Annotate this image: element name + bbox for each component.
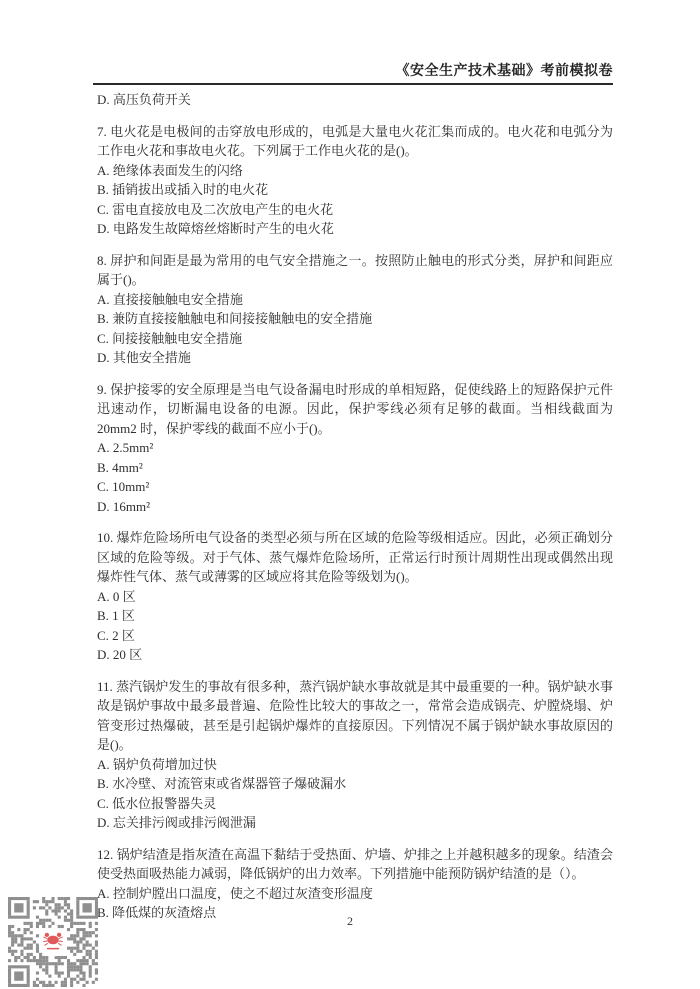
question-option: A. 绝缘体表面发生的闪络	[97, 161, 613, 181]
document-page: 《安全生产技术基础》考前模拟卷 D. 高压负荷开关 7. 电火花是电极间的击穿放…	[0, 0, 700, 989]
question-option: A. 控制炉膛出口温度，使之不超过灰渣变形温度	[97, 884, 613, 904]
question-stem: 7. 电火花是电极间的击穿放电形成的，电弧是大量电火花汇集而成的。电火花和电弧分…	[97, 122, 613, 161]
question-stem: 9. 保护接零的安全原理是当电气设备漏电时形成的单相短路，促使线路上的短路保护元…	[97, 380, 613, 439]
question-stem: 8. 屏护和间距是最为常用的电气安全措施之一。按照防止触电的形式分类，屏护和间距…	[97, 251, 613, 290]
question-option: C. 雷电直接放电及二次放电产生的电火花	[97, 200, 613, 220]
question-option: D. 16mm²	[97, 497, 613, 517]
question-option: C. 2 区	[97, 626, 613, 646]
question-option: A. 2.5mm²	[97, 438, 613, 458]
question-10: 10. 爆炸危险场所电气设备的类型必须与所在区域的危险等级相适应。因此，必须正确…	[97, 528, 613, 665]
question-12: 12. 锅炉结渣是指灰渣在高温下黏结于受热面、炉墙、炉排之上并越积越多的现象。结…	[97, 845, 613, 923]
page-number: 2	[0, 914, 700, 929]
qr-code	[8, 897, 98, 987]
question-11: 11. 蒸汽锅炉发生的事故有很多种，蒸汽锅炉缺水事故就是其中最重要的一种。锅炉缺…	[97, 677, 613, 833]
question-option: D. 忘关排污阀或排污阀泄漏	[97, 813, 613, 833]
question-stem: 10. 爆炸危险场所电气设备的类型必须与所在区域的危险等级相适应。因此，必须正确…	[97, 528, 613, 587]
question-option: D. 20 区	[97, 645, 613, 665]
question-7: 7. 电火花是电极间的击穿放电形成的，电弧是大量电火花汇集而成的。电火花和电弧分…	[97, 122, 613, 239]
question-8: 8. 屏护和间距是最为常用的电气安全措施之一。按照防止触电的形式分类，屏护和间距…	[97, 251, 613, 368]
question-option: B. 插销拔出或插入时的电火花	[97, 180, 613, 200]
question-option: A. 0 区	[97, 587, 613, 607]
header-rule	[93, 83, 613, 85]
question-9: 9. 保护接零的安全原理是当电气设备漏电时形成的单相短路，促使线路上的短路保护元…	[97, 380, 613, 517]
question-option: B. 兼防直接接触触电和间接接触触电的安全措施	[97, 309, 613, 329]
page-title: 《安全生产技术基础》考前模拟卷	[396, 60, 614, 80]
question-stem: 12. 锅炉结渣是指灰渣在高温下黏结于受热面、炉墙、炉排之上并越积越多的现象。结…	[97, 845, 613, 884]
question-option: B. 1 区	[97, 606, 613, 626]
question-option: B. 4mm²	[97, 458, 613, 478]
question-option: C. 10mm²	[97, 477, 613, 497]
question-option: A. 直接接触触电安全措施	[97, 290, 613, 310]
exam-content: D. 高压负荷开关 7. 电火花是电极间的击穿放电形成的，电弧是大量电火花汇集而…	[97, 90, 613, 923]
question-option: D. 其他安全措施	[97, 348, 613, 368]
question-option: B. 水冷壁、对流管束或省煤器管子爆破漏水	[97, 774, 613, 794]
question-stem: 11. 蒸汽锅炉发生的事故有很多种，蒸汽锅炉缺水事故就是其中最重要的一种。锅炉缺…	[97, 677, 613, 755]
carryover-option: D. 高压负荷开关	[97, 90, 613, 110]
question-option: D. 电路发生故障熔丝熔断时产生的电火花	[97, 219, 613, 239]
question-option: C. 低水位报警器失灵	[97, 794, 613, 814]
question-option: A. 锅炉负荷增加过快	[97, 755, 613, 775]
question-option: C. 间接接触触电安全措施	[97, 329, 613, 349]
